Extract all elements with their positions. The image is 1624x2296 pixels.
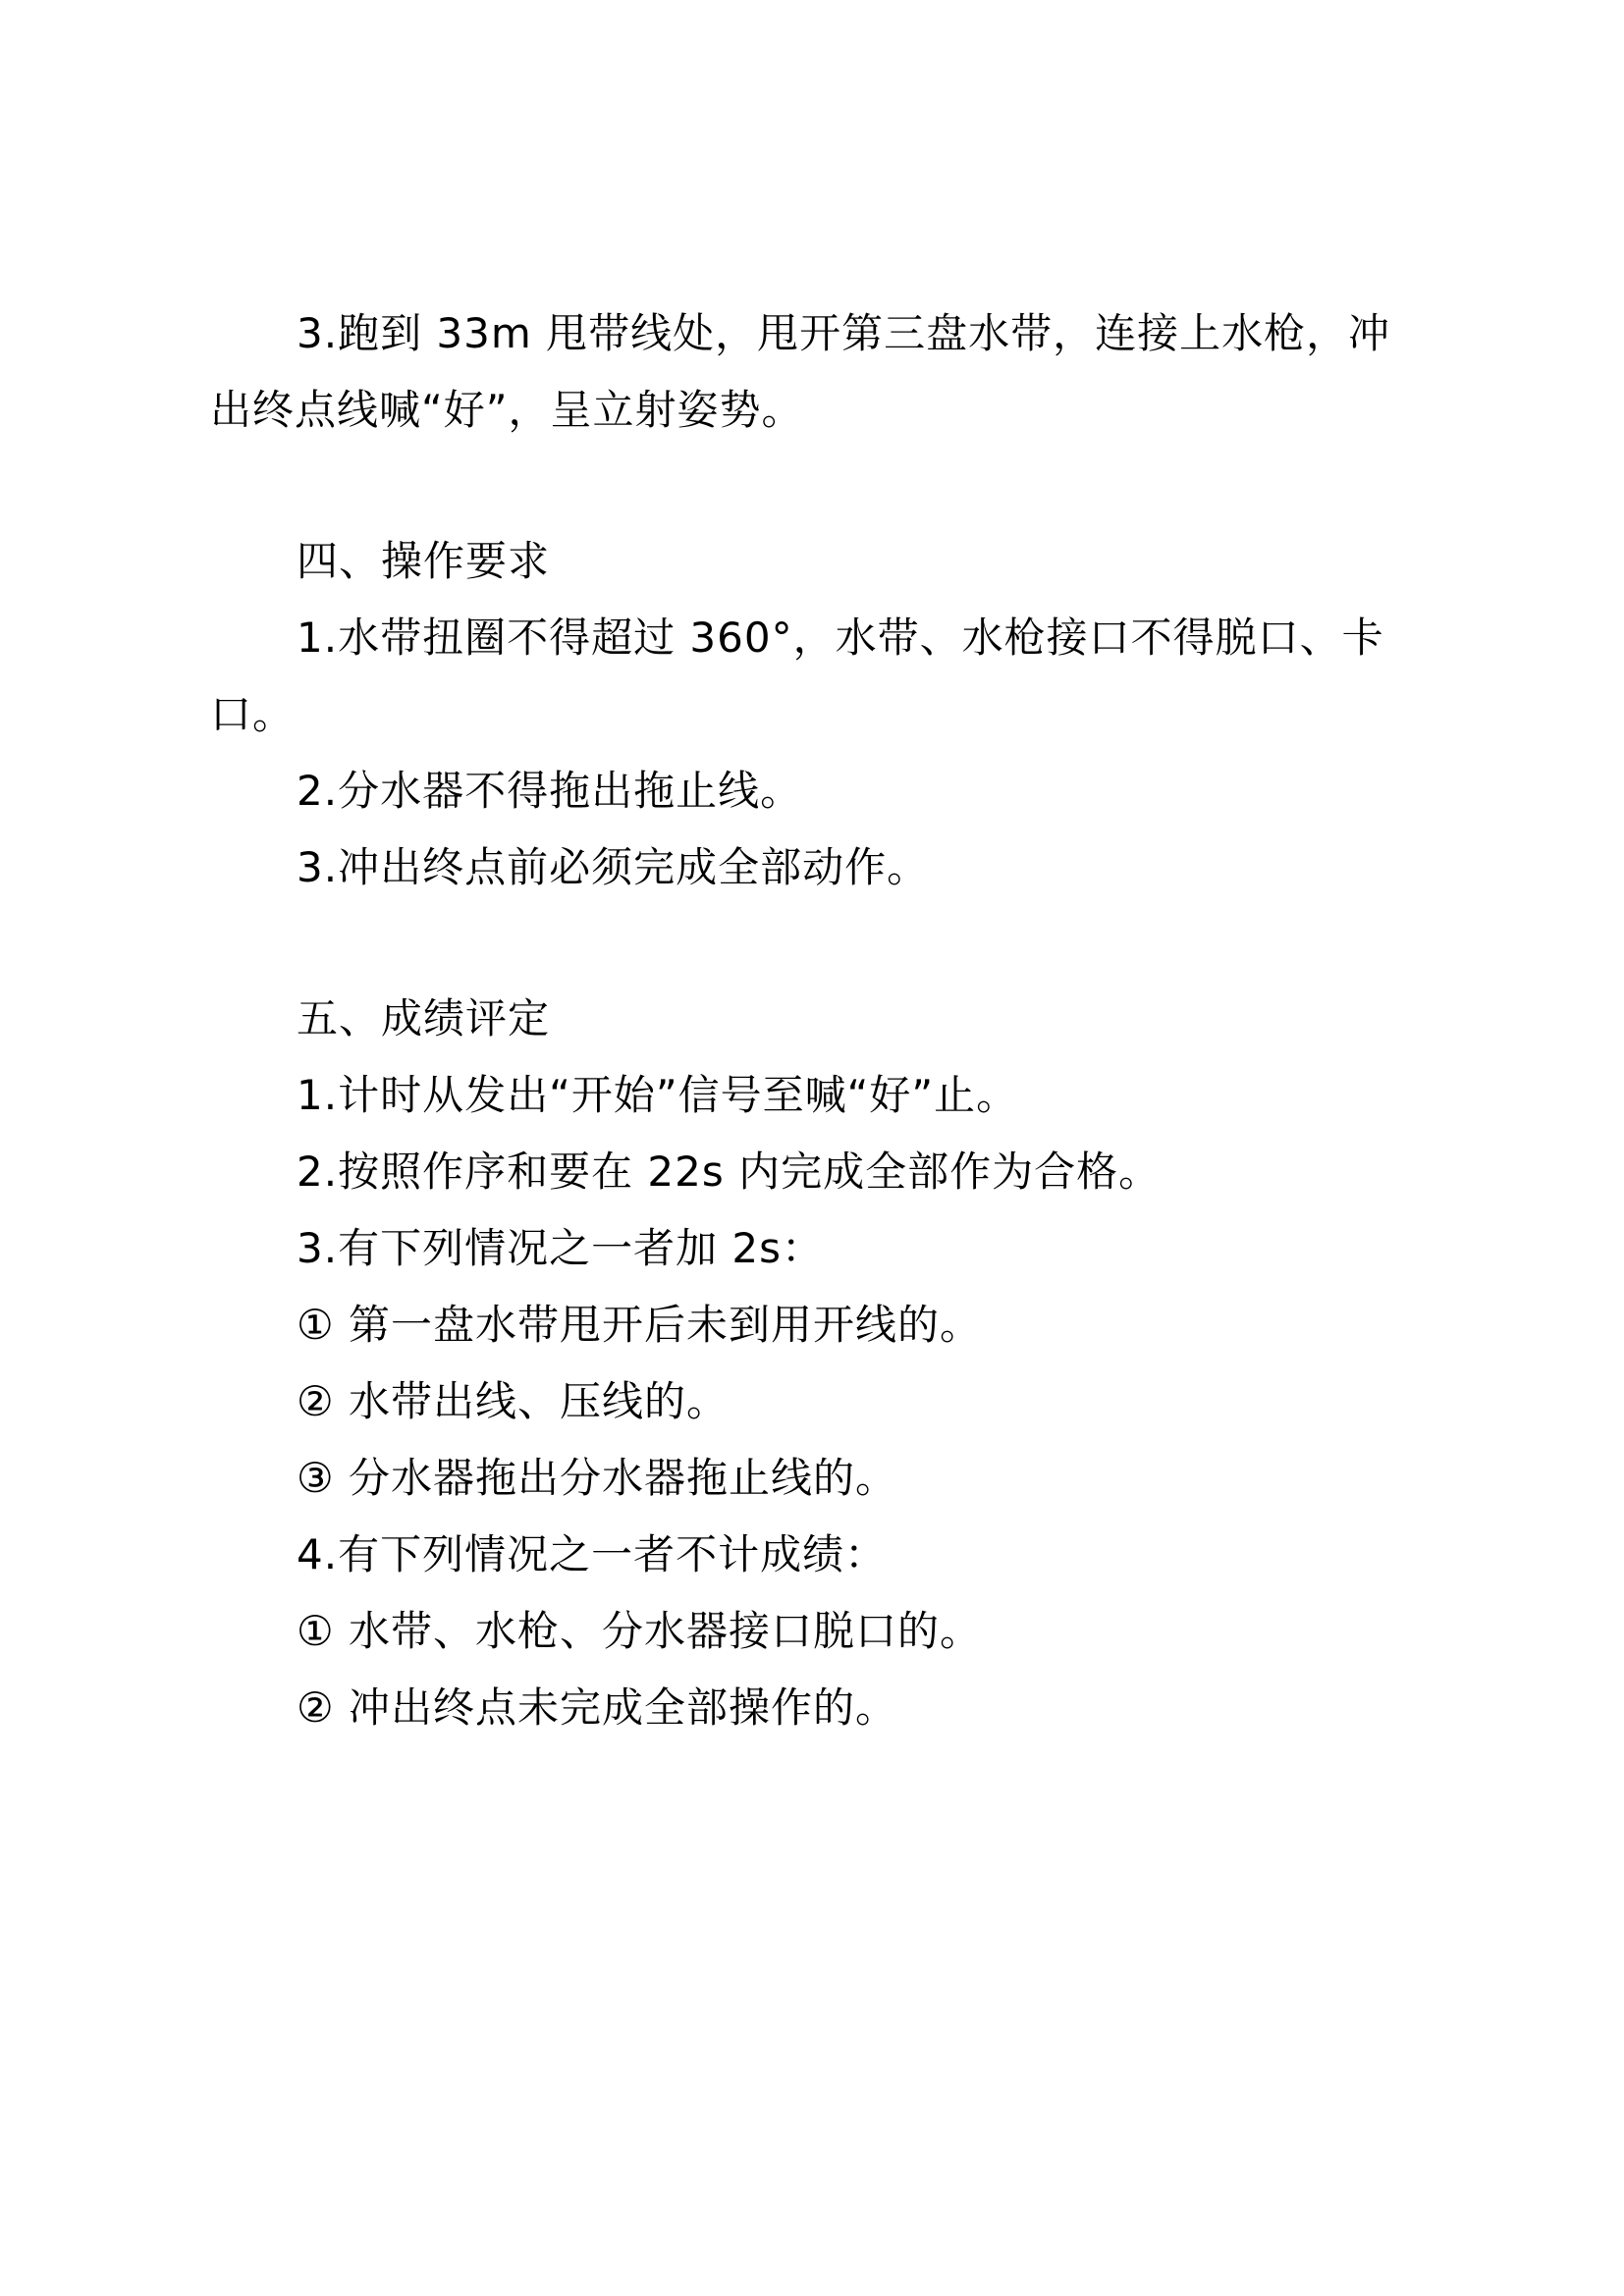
section5-item3-sub2: ② 水带出线、压线的。: [297, 1374, 1514, 1429]
document-page: 3.跑到 33m 甩带线处，甩开第三盘水带，连接上水枪，冲 出终点线喊“好”，呈…: [0, 0, 1624, 2296]
section5-item4: 4.有下列情况之一者不计成绩：: [297, 1527, 1514, 1582]
section4-item2: 2.分水器不得拖出拖止线。: [297, 764, 1514, 819]
section4-item1-line1: 1.水带扭圈不得超过 360°，水带、水枪接口不得脱口、卡: [297, 611, 1514, 666]
section5-item2: 2.按照作序和要在 22s 内完成全部作为合格。: [297, 1145, 1514, 1200]
section5-item4-sub1: ① 水带、水枪、分水器接口脱口的。: [297, 1604, 1514, 1659]
section5-item1: 1.计时从发出“开始”信号至喊“好”止。: [297, 1068, 1514, 1123]
section5-heading: 五、成绩评定: [297, 991, 1514, 1046]
section4-item3: 3.冲出终点前必须完成全部动作。: [297, 840, 1514, 895]
section3-item3-line2: 出终点线喊“好”，呈立射姿势。: [210, 383, 1428, 438]
section3-item3-line1: 3.跑到 33m 甩带线处，甩开第三盘水带，连接上水枪，冲: [297, 306, 1514, 361]
section4-item1-line2: 口。: [210, 687, 1428, 742]
section5-item3: 3.有下列情况之一者加 2s：: [297, 1221, 1514, 1276]
section5-item3-sub1: ① 第一盘水带甩开后未到用开线的。: [297, 1298, 1514, 1353]
section4-heading: 四、操作要求: [297, 534, 1514, 589]
section5-item4-sub2: ② 冲出终点未完成全部操作的。: [297, 1681, 1514, 1735]
section5-item3-sub3: ③ 分水器拖出分水器拖止线的。: [297, 1451, 1514, 1506]
